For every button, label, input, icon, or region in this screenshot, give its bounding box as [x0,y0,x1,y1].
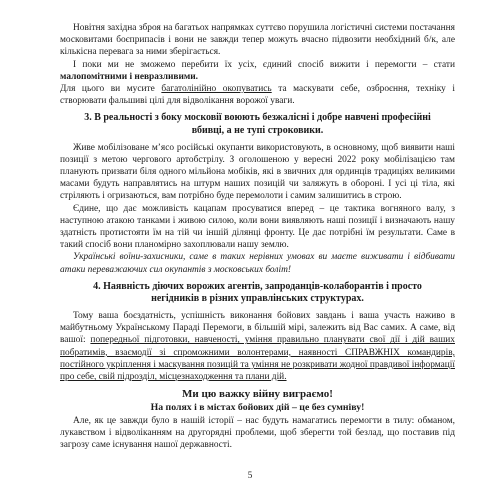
text-segment: Але, як це завжди було в нашій історії –… [60,416,455,450]
text-segment: На полях і в містах бойових дій – це без… [151,402,365,413]
paragraph-mobilized-meat: Живе мобілізоване м’ясо російські окупан… [60,142,455,203]
paragraph-fire-wall-tactic: Єдине, що дає можливість кацапам просува… [60,203,455,252]
text-segment: Новітня західна зброя на багатьох напрям… [60,23,455,57]
paragraph-defenders-appeal: Українські воїни-захисники, саме в таких… [60,251,455,275]
page-number: 5 [0,471,500,481]
paragraph-rear-threat: Але, як це завжди було в нашій історії –… [60,415,455,452]
text-segment: малопомітними і невразливими. [60,72,198,82]
paragraph-western-weapons: Новітня західна зброя на багатьох напрям… [60,22,455,59]
text-segment: Єдине, що дає можливість кацапам просува… [60,204,455,251]
text-segment: Ми цю важку війну виграємо! [182,388,333,400]
text-segment: 4. Наявність діючих ворожих агентів, зап… [93,281,422,305]
text-segment: Живе мобілізоване м’ясо російські окупан… [60,143,455,202]
document-page: Новітня західна зброя на багатьох напрям… [0,0,500,500]
text-segment: І поки ми не зможемо перебити їх усіх, є… [73,60,455,70]
text-segment: Для цього ви мусите [60,84,161,94]
paragraph-camouflage: Для цього ви мусите багатолінійно окопув… [60,83,455,107]
text-segment: Українські воїни-захисники, саме в таких… [60,252,455,274]
heading-section-4: 4. Наявність діючих ворожих агентів, зап… [60,281,455,306]
document-content: Новітня західна зброя на багатьох напрям… [60,22,455,451]
heading-section-3: 3. В реальності з боку московії воюють б… [60,112,455,137]
slogan-we-will-win: Ми цю важку війну виграємо! [60,387,455,401]
paragraph-combat-readiness: Тому ваша боєздатність, успішність викон… [60,310,455,383]
slogan-no-doubt: На полях і в містах бойових дій – це без… [60,402,455,414]
text-segment: попередньої підготовки, навченості, умін… [60,335,455,382]
text-segment: багатолінійно окопуватись [161,84,271,94]
text-segment: 3. В реальності з боку московії воюють б… [84,112,431,136]
paragraph-only-way-to-survive: І поки ми не зможемо перебити їх усіх, є… [60,59,455,83]
